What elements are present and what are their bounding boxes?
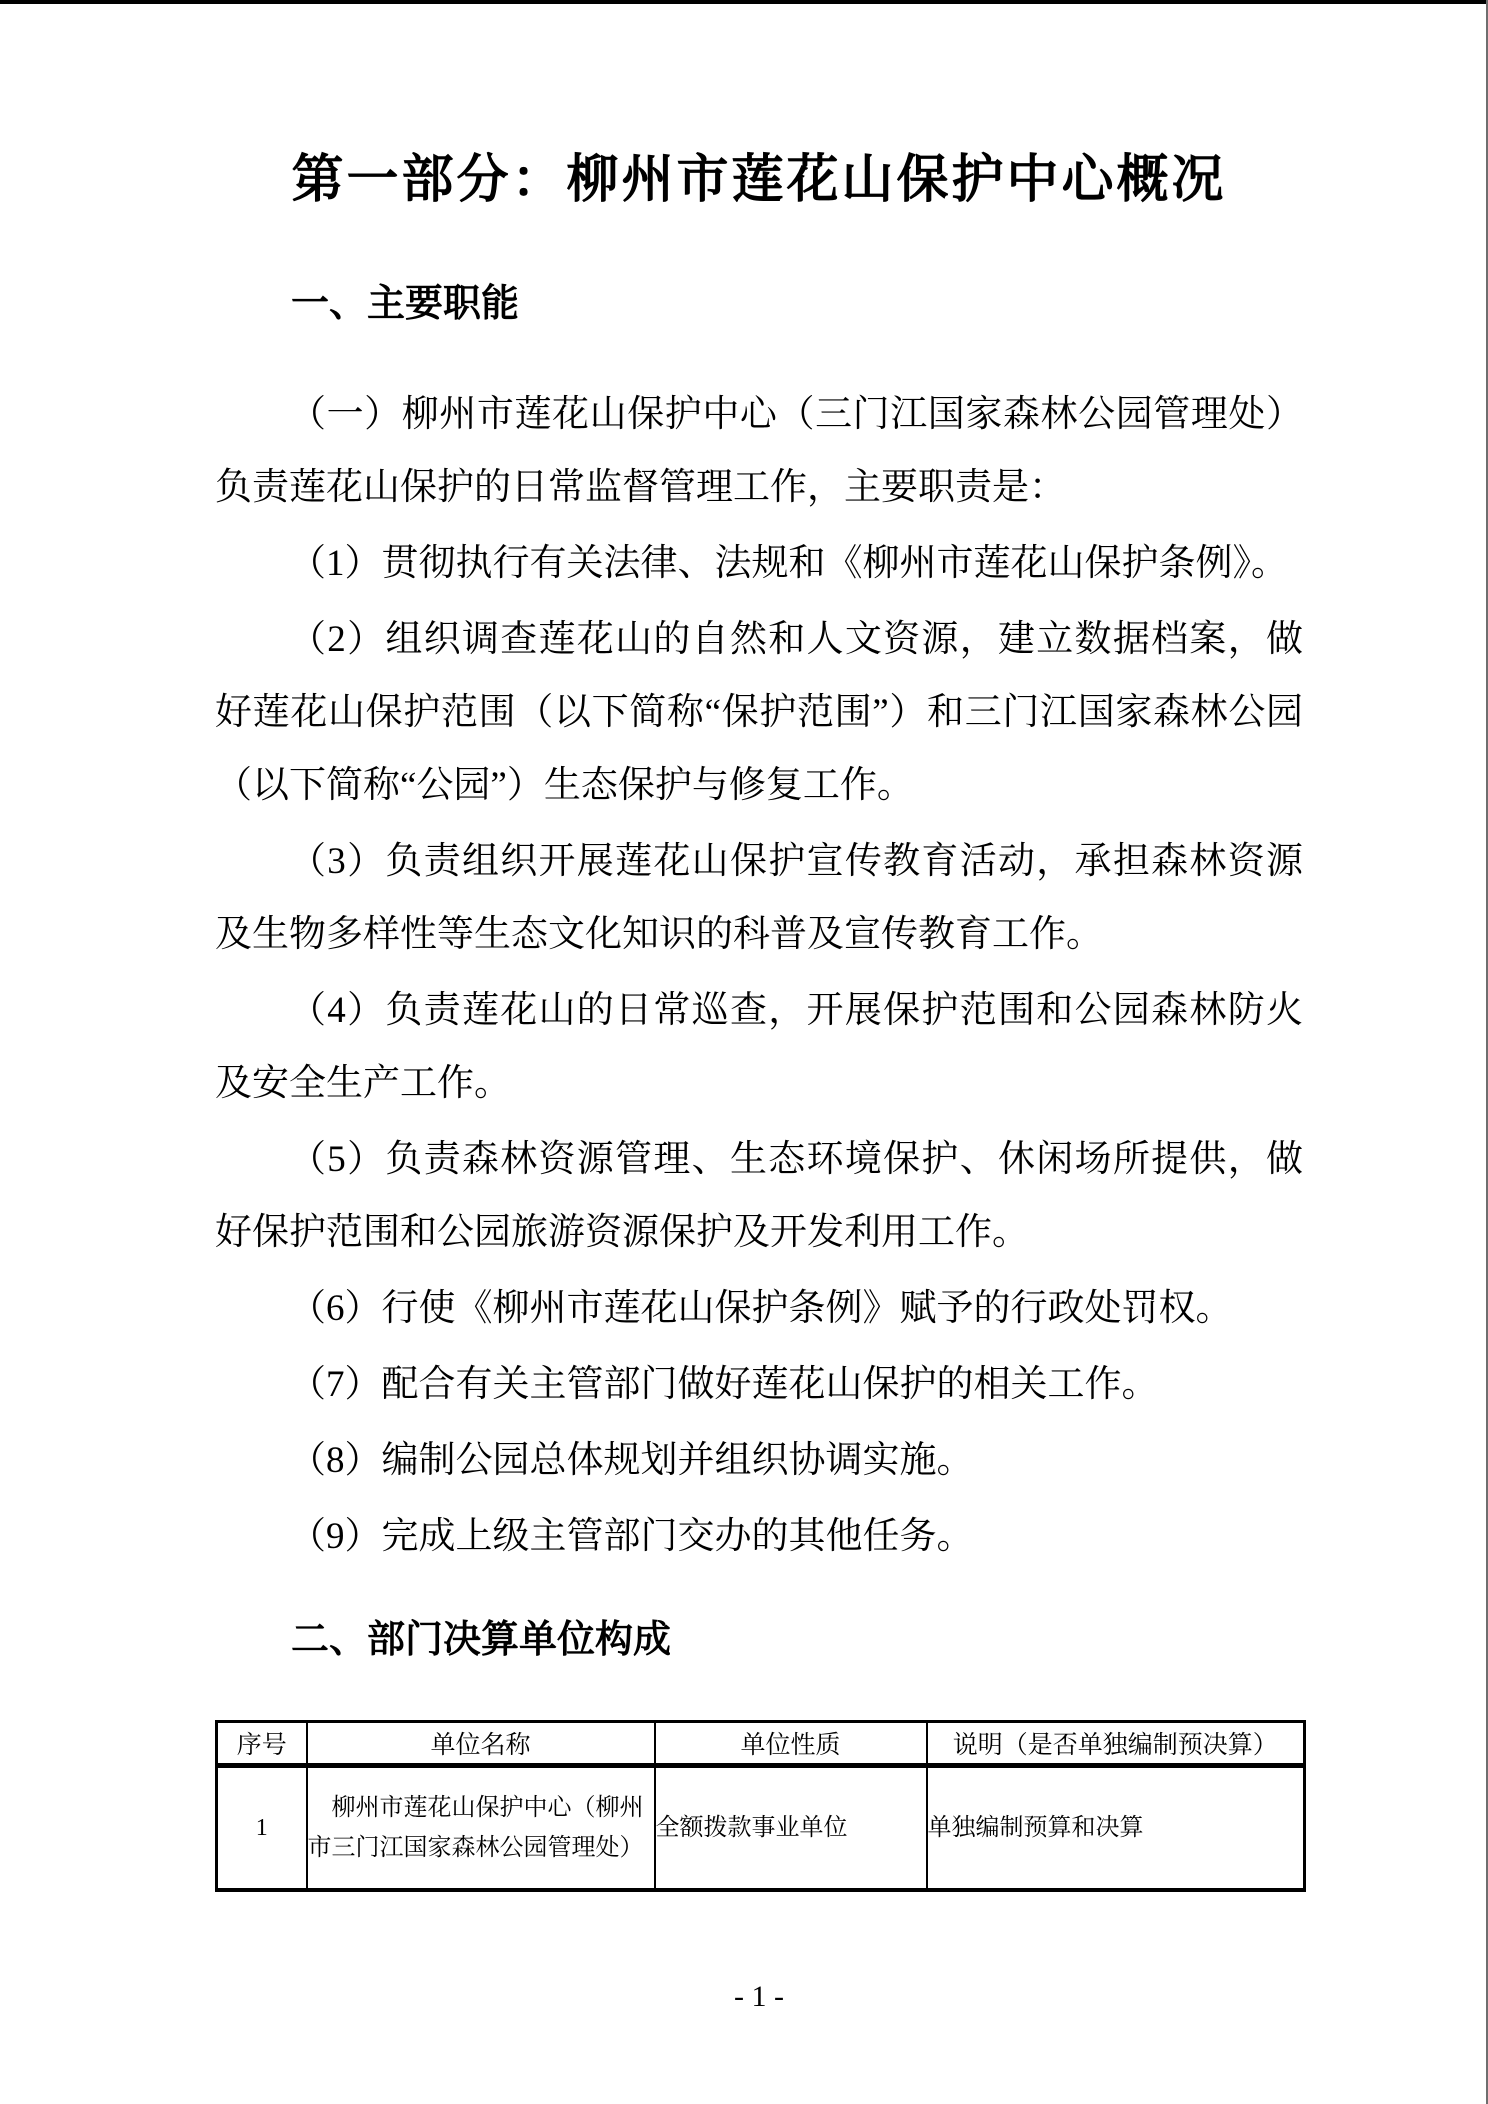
body-paragraph: （5）负责森林资源管理、生态环境保护、休闲场所提供，做好保护范围和公园旅游资源保… [215,1123,1303,1269]
body-paragraph: （1）贯彻执行有关法律、法规和《柳州市莲花山保护条例》。 [215,527,1303,600]
body-paragraph: （8）编制公园总体规划并组织协调实施。 [215,1424,1303,1497]
body-paragraph: （3）负责组织开展莲花山保护宣传教育活动，承担森林资源及生物多样性等生态文化知识… [215,825,1303,971]
table-row: 1 柳州市莲花山保护中心（柳州市三门江国家森林公园管理处） 全额拨款事业单位 单… [217,1766,1305,1891]
body-paragraph: （一）柳州市莲花山保护中心（三门江国家森林公园管理处）负责莲花山保护的日常监督管… [215,378,1303,524]
table-cell-note: 单独编制预算和决算 [927,1766,1305,1891]
page-title: 第一部分：柳州市莲花山保护中心概况 [215,150,1303,210]
body-paragraph: （2）组织调查莲花山的自然和人文资源，建立数据档案，做好莲花山保护范围（以下简称… [215,603,1303,822]
document-page: 第一部分：柳州市莲花山保护中心概况 一、主要职能 （一）柳州市莲花山保护中心（三… [0,0,1488,2104]
table-header-row: 序号 单位名称 单位性质 说明（是否单独编制预决算） [217,1722,1305,1766]
units-table: 序号 单位名称 单位性质 说明（是否单独编制预决算） 1 柳州市莲花山保护中心（… [215,1720,1306,1892]
page-number: - 1 - [215,1980,1303,2014]
body-paragraph: （7）配合有关主管部门做好莲花山保护的相关工作。 [215,1348,1303,1421]
table-header-unit-name: 单位名称 [307,1722,655,1766]
table-cell-unit-name: 柳州市莲花山保护中心（柳州市三门江国家森林公园管理处） [307,1766,655,1891]
section-body: （一）柳州市莲花山保护中心（三门江国家森林公园管理处）负责莲花山保护的日常监督管… [215,378,1303,1573]
table-cell-unit-nature: 全额拨款事业单位 [655,1766,927,1891]
body-paragraph: （4）负责莲花山的日常巡查，开展保护范围和公园森林防火及安全生产工作。 [215,974,1303,1120]
document-content: 第一部分：柳州市莲花山保护中心概况 一、主要职能 （一）柳州市莲花山保护中心（三… [0,150,1488,2014]
table-header-note: 说明（是否单独编制预决算） [927,1722,1305,1766]
table-header-seq: 序号 [217,1722,307,1766]
body-paragraph: （9）完成上级主管部门交办的其他任务。 [215,1500,1303,1573]
body-paragraph: （6）行使《柳州市莲花山保护条例》赋予的行政处罚权。 [215,1272,1303,1345]
section-heading-main-functions: 一、主要职能 [215,282,1303,326]
table-header-unit-nature: 单位性质 [655,1722,927,1766]
table-cell-seq: 1 [217,1766,307,1891]
section-heading-unit-composition: 二、部门决算单位构成 [215,1618,1303,1662]
top-black-bar [0,0,1488,4]
